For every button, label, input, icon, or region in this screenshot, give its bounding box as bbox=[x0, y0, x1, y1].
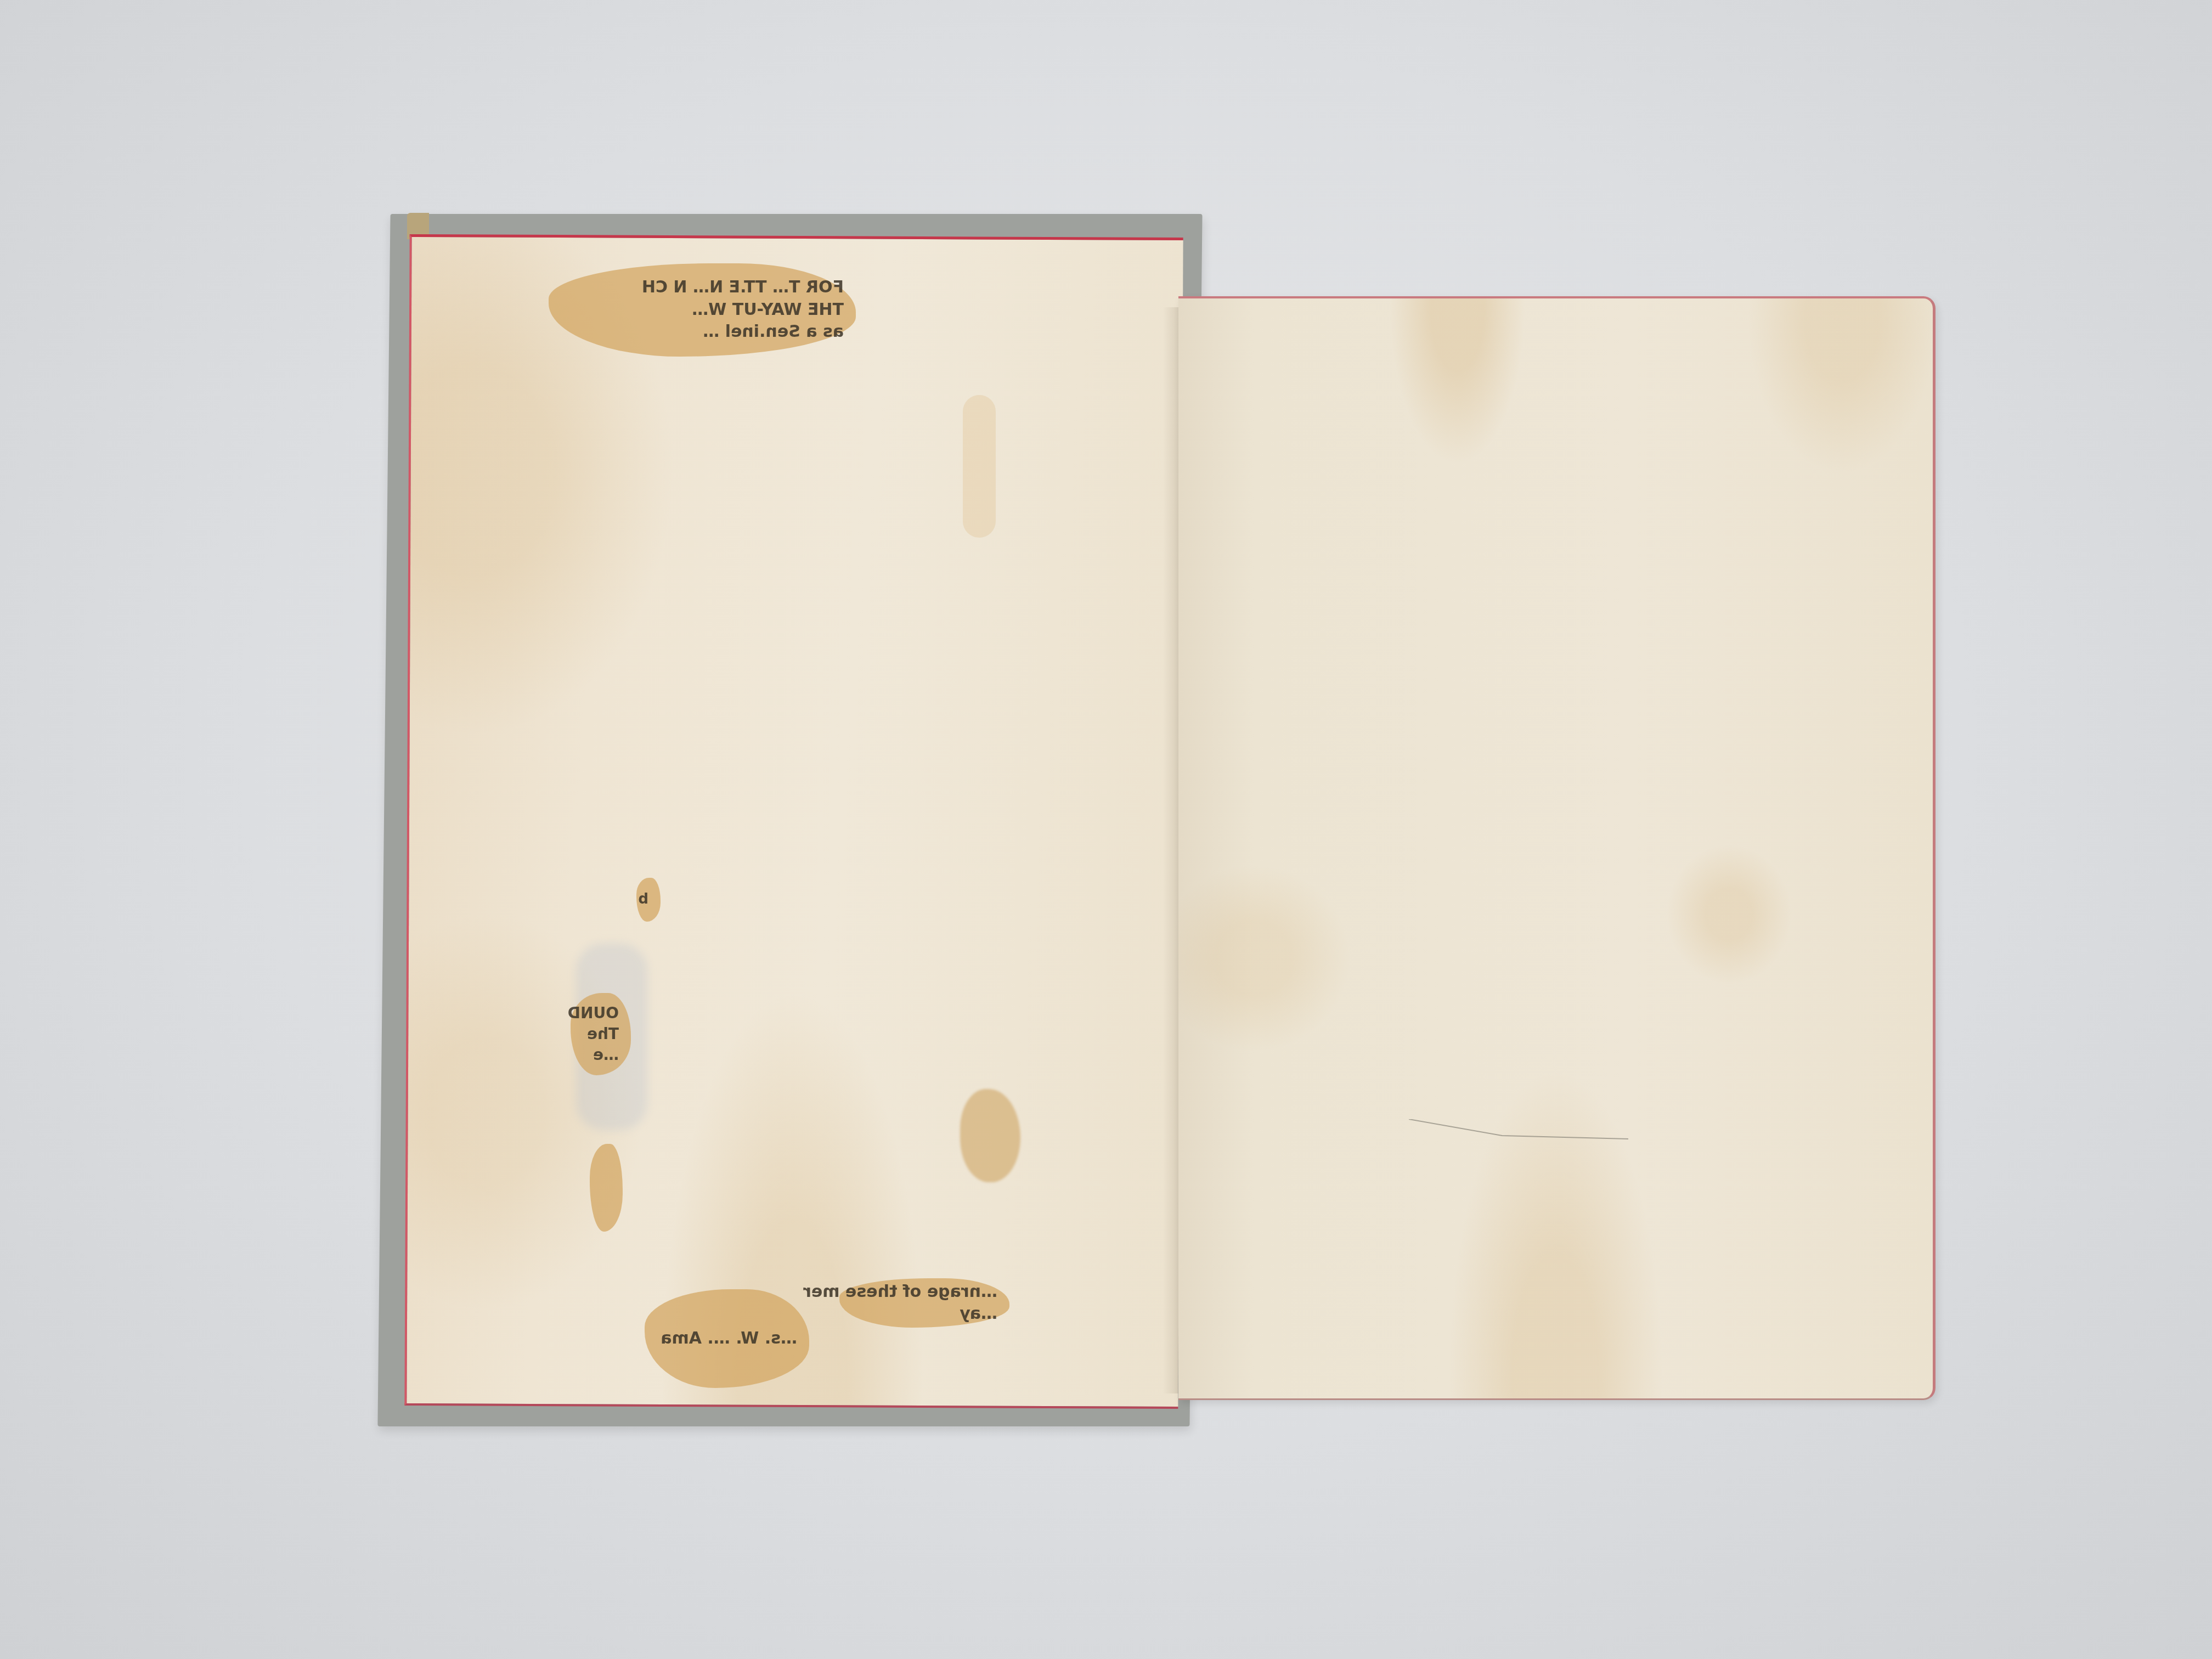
offset-fragment-bottom-right: …nrage of these mer …ay bbox=[839, 1278, 1009, 1328]
fragment-line: …e bbox=[593, 1045, 619, 1065]
fragment-line: The bbox=[587, 1024, 619, 1045]
fragment-line: …ay bbox=[960, 1303, 997, 1325]
offset-fragment-middle: OUND The …e bbox=[571, 993, 631, 1075]
fragment-line: …nrage of these mer bbox=[803, 1281, 997, 1304]
fragment-line: OUND bbox=[568, 1003, 619, 1024]
paper-tear bbox=[963, 395, 996, 538]
fragment-line: as a Sen.inel … bbox=[703, 321, 844, 343]
offset-fragment-lower bbox=[590, 1144, 623, 1232]
fragment-line: …s. W. …. Ama bbox=[661, 1328, 797, 1350]
left-pastedown-page bbox=[404, 234, 1183, 1409]
offset-fragment-small: b bbox=[636, 878, 661, 922]
offset-fragment-top: FOR T… TT.E N… N CH THE WAY-UT W… as a S… bbox=[549, 263, 856, 357]
fragment-line: FOR T… TT.E N… N CH bbox=[642, 276, 844, 299]
offset-fragment-bottom-left: …s. W. …. Ama bbox=[645, 1289, 809, 1388]
right-flyleaf-page bbox=[1178, 296, 1936, 1400]
fragment-line: THE WAY-UT W… bbox=[692, 299, 844, 321]
fragment-line: b bbox=[638, 890, 648, 909]
page-crease-line bbox=[1409, 1119, 1639, 1141]
